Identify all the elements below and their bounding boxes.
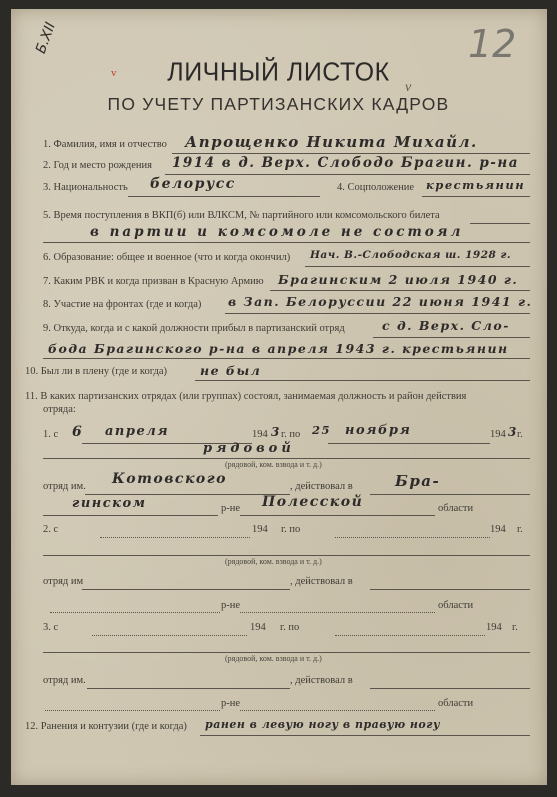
entry-1-year-suffix: г. — [517, 429, 523, 440]
entry-2-to-label: г. по — [281, 524, 300, 535]
entry-2-from-line — [100, 537, 250, 538]
entry-1-district-part2[interactable]: гинском — [72, 496, 146, 511]
entry-1-district-part1[interactable]: Бра- — [395, 472, 440, 490]
entry-1-to-label: г. по — [281, 429, 300, 440]
entry-2-position-line — [43, 555, 530, 556]
field-7-value[interactable]: Брагинским 2 июля 1940 г. — [278, 272, 518, 287]
field-7-line — [270, 290, 530, 291]
entry-3-acted-label: , действовал в — [290, 675, 353, 686]
entry-2-detachment-label: отряд им — [43, 576, 83, 587]
field-2-line — [165, 174, 530, 175]
field-6-label: 6. Образование: общее и военное (что и к… — [43, 252, 290, 263]
field-11-label: 11. В каких партизанских отрядах (или гр… — [25, 391, 466, 402]
field-11-label-cont: отряда: — [43, 404, 76, 415]
entry-3-to-year: 194 — [486, 622, 502, 633]
entry-1-region-label: области — [438, 503, 473, 514]
entry-1-acted-label: , действовал в — [290, 481, 353, 492]
field-8-label: 8. Участие на фронтах (где и когда) — [43, 299, 201, 310]
entry-3-from-year: 194 — [250, 622, 266, 633]
field-7-label: 7. Каким РВК и когда призван в Красную А… — [43, 276, 264, 287]
entry-1-from-month[interactable]: апреля — [105, 424, 169, 439]
field-10-label: 10. Был ли в плену (где и когда) — [25, 366, 167, 377]
entry-1-detachment-line — [85, 494, 290, 495]
field-10-value[interactable]: не был — [200, 363, 261, 378]
field-5-line-b — [43, 242, 530, 243]
entry-2-acted-label: , действовал в — [290, 576, 353, 587]
entry-3-detachment-label: отряд им. — [43, 675, 86, 686]
field-4-line — [422, 196, 530, 197]
field-3-line — [128, 196, 320, 197]
entry-2-district-line — [50, 612, 220, 613]
entry-2-num: 2. с — [43, 524, 58, 535]
field-1-line — [172, 153, 530, 154]
field-1-label: 1. Фамилия, имя и отчество — [43, 139, 167, 150]
entry-2-position-hint: (рядовой, ком. взвода и т. д.) — [225, 557, 322, 566]
entry-1-acted-line — [370, 494, 530, 495]
entry-2-year-suffix: г. — [517, 524, 523, 535]
entry-1-to-year: 194 — [490, 429, 506, 440]
entry-2-region-line — [240, 612, 435, 613]
field-10-line — [195, 380, 530, 381]
entry-3-num: 3. с — [43, 622, 58, 633]
entry-1-from-year-digit[interactable]: 3 — [271, 425, 281, 439]
field-3-value[interactable]: белорусс — [150, 176, 236, 192]
page-subtitle: ПО УЧЕТУ ПАРТИЗАНСКИХ КАДРОВ — [0, 94, 557, 115]
entry-3-region-label: области — [438, 698, 473, 709]
entry-1-region-line — [240, 515, 435, 516]
field-2-label: 2. Год и место рождения — [43, 160, 152, 171]
entry-1-district-label: р-не — [221, 503, 240, 514]
field-3-label: 3. Национальность — [43, 182, 128, 193]
page-title: ЛИЧНЫЙ ЛИСТОК — [0, 57, 557, 87]
entry-1-from-year: 194 — [252, 429, 268, 440]
entry-3-acted-line — [370, 688, 530, 689]
field-12-line — [200, 735, 530, 736]
entry-1-detachment[interactable]: Котовского — [112, 471, 227, 487]
entry-1-position-line — [43, 458, 530, 459]
field-6-value[interactable]: Нач. В.-Слободская ш. 1928 г. — [310, 249, 511, 261]
field-4-label: 4. Соцположение — [337, 182, 414, 193]
entry-2-from-year: 194 — [252, 524, 268, 535]
field-12-label: 12. Ранения и контузии (где и когда) — [25, 721, 187, 732]
entry-2-to-year: 194 — [490, 524, 506, 535]
field-5-value[interactable]: в партии и комсомоле не состоял — [90, 224, 463, 240]
entry-3-year-suffix: г. — [512, 622, 518, 633]
entry-3-detachment-line — [87, 688, 290, 689]
field-2-value[interactable]: 1914 в д. Верх. Слободо Брагин. р-на — [172, 155, 519, 171]
entry-1-to-month[interactable]: ноября — [345, 423, 411, 438]
entry-1-district-line — [43, 515, 218, 516]
entry-2-region-label: области — [438, 600, 473, 611]
field-9-label: 9. Откуда, когда и с какой должности при… — [43, 323, 345, 334]
entry-3-to-label: г. по — [280, 622, 299, 633]
entry-1-to-line — [328, 443, 490, 444]
entry-2-detachment-line — [82, 589, 290, 590]
entry-1-to-day[interactable]: 25 — [312, 423, 331, 437]
field-9-line-a — [373, 337, 530, 338]
entry-2-acted-line — [370, 589, 530, 590]
entry-2-to-line — [335, 537, 490, 538]
entry-3-district-line — [45, 710, 220, 711]
field-8-value[interactable]: в Зап. Белоруссии 22 июня 1941 г. — [228, 294, 532, 309]
field-5-line-a — [470, 223, 530, 224]
entry-1-from-day[interactable]: 6 — [72, 424, 83, 440]
entry-3-position-line — [43, 652, 530, 653]
entry-3-region-line — [240, 710, 435, 711]
entry-1-region[interactable]: Полесской — [262, 494, 363, 510]
field-9-value-line2[interactable]: бода Брагинского р-на в апреля 1943 г. к… — [48, 341, 509, 356]
field-12-value[interactable]: ранен в левую ногу в правую ногу — [205, 718, 440, 731]
entry-1-detachment-label: отряд им. — [43, 481, 86, 492]
entry-3-from-line — [92, 635, 247, 636]
entry-3-position-hint: (рядовой, ком. взвода и т. д.) — [225, 654, 322, 663]
field-9-line-b — [43, 358, 530, 359]
field-1-value[interactable]: Апрощенко Никита Михайл. — [185, 133, 478, 151]
field-9-value-line1[interactable]: с д. Верх. Сло- — [382, 318, 510, 333]
field-4-value[interactable]: крестьянин — [426, 178, 525, 192]
field-8-line — [225, 313, 530, 314]
entry-1-position[interactable]: рядовой — [203, 441, 295, 456]
entry-3-district-label: р-не — [221, 698, 240, 709]
field-6-line — [305, 266, 530, 267]
entry-2-district-label: р-не — [221, 600, 240, 611]
entry-3-to-line — [335, 635, 485, 636]
entry-1-num: 1. с — [43, 429, 58, 440]
field-5-label: 5. Время поступления в ВКП(б) или ВЛКСМ,… — [43, 210, 440, 221]
entry-1-position-hint: (рядовой, ком. взвода и т. д.) — [225, 460, 322, 469]
